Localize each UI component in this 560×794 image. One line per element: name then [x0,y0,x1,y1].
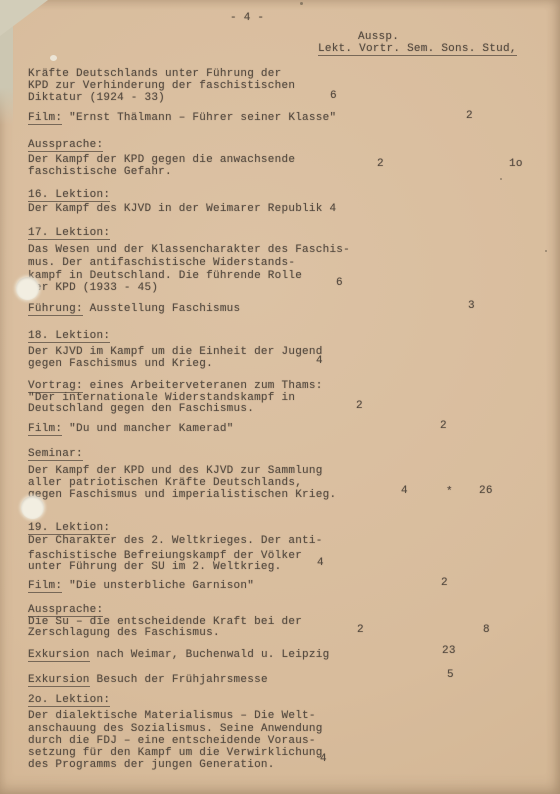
hours-value: 23 [442,645,456,657]
aussprache-heading: Aussprache: [28,139,103,151]
lektion-16-heading: 16. Lektion: [28,189,110,201]
paper-speck [50,55,57,61]
hours-value: 4 [401,485,408,497]
hours-value: 3 [468,300,475,312]
hours-value: 5 [447,669,454,681]
hours-value: 4 [320,753,327,765]
doc-line: KPD zur Verhinderung der faschistischen [28,80,295,92]
film-row: Film: "Du und mancher Kamerad" [28,423,234,435]
film-row: Film: "Die unsterbliche Garnison" [28,580,254,592]
doc-line: gegen Faschismus und imperialistischen K… [28,489,336,501]
doc-line: Diktatur (1924 - 33) [28,92,165,104]
hours-value: 4 [317,557,324,569]
doc-line: Zerschlagung des Faschismus. [28,627,220,639]
doc-line: faschistische Gefahr. [28,166,172,178]
doc-line: setzung für den Kampf um die Verwirklich… [28,747,323,759]
aussprache-heading: Aussprache: [28,604,103,616]
paper-speck [545,250,547,252]
hours-value: 6 [330,90,337,102]
lektion-18-heading: 18. Lektion: [28,330,110,342]
vortrag-row: Vortrag: eines Arbeiterveteranen zum Tha… [28,380,323,392]
hours-value: 4 [316,355,323,367]
doc-line: der KPD (1933 - 45) [28,282,158,294]
doc-line: Der Kampf des KJVD in der Weimarer Repub… [28,203,336,215]
hours-value: 2 [357,624,364,636]
punch-hole [21,496,44,519]
seminar-heading: Seminar: [28,448,83,460]
doc-line: Der dialektische Materialismus – Die Wel… [28,710,316,722]
hours-value: 2 [441,577,448,589]
doc-line: Der Kampf der KPD und des KJVD zur Samml… [28,465,323,477]
doc-line: mus. Der antifaschistische Widerstands- [28,257,295,269]
hours-value: 2 [356,400,363,412]
doc-line: Kräfte Deutschlands unter Führung der [28,68,282,80]
hours-value: 26 [479,485,493,497]
doc-line: aller patriotischen Kräfte Deutschlands, [28,477,302,489]
paper-speck [500,178,502,180]
doc-line: Der Charakter des 2. Weltkrieges. Der an… [28,535,323,547]
film-row: Film: "Ernst Thälmann – Führer seiner Kl… [28,112,336,124]
hours-value: 2 [377,158,384,170]
lektion-19-heading: 19. Lektion: [28,522,110,534]
exkursion-row: Exkursion Besuch der Frühjahrsmesse [28,674,268,686]
hours-value: 8 [483,624,490,636]
column-header-row: Lekt. Vortr. Sem. Sons. Stud, [318,43,517,55]
hours-value: * [446,486,453,498]
column-header-labels: Lekt. Vortr. Sem. Sons. Stud, [318,43,517,56]
exkursion-row: Exkursion nach Weimar, Buchenwald u. Lei… [28,649,329,661]
doc-line: unter Führung der SU im 2. Weltkrieg. [28,561,282,573]
doc-line: des Programms der jungen Generation. [28,759,275,771]
lektion-20-heading: 2o. Lektion: [28,694,110,706]
doc-line: Das Wesen und der Klassencharakter des F… [28,244,350,256]
doc-line: Der KJVD im Kampf um die Einheit der Jug… [28,346,323,358]
punch-hole [16,277,39,300]
doc-line: durch die FDJ – eine entscheidende Vorau… [28,735,316,747]
doc-line: anschauung des Sozialismus. Seine Anwend… [28,723,323,735]
doc-line: gegen Faschismus und Krieg. [28,358,213,370]
column-header-aussp: Aussp. [358,31,399,43]
paper-speck [300,2,303,5]
hours-value: 2 [466,110,473,122]
hours-value: 1o [509,158,523,170]
lektion-17-heading: 17. Lektion: [28,227,110,239]
hours-value: 2 [440,420,447,432]
fuehrung-row: Führung: Ausstellung Faschismus [28,303,240,315]
page-number: - 4 - [230,12,264,24]
hours-value: 6 [336,277,343,289]
doc-line: Der Kampf der KPD gegen die anwachsende [28,154,295,166]
doc-line: Deutschland gegen den Faschismus. [28,403,254,415]
doc-line: kampf in Deutschland. Die führende Rolle [28,270,302,282]
scanned-document-page: - 4 - Aussp. Lekt. Vortr. Sem. Sons. Stu… [0,0,560,794]
